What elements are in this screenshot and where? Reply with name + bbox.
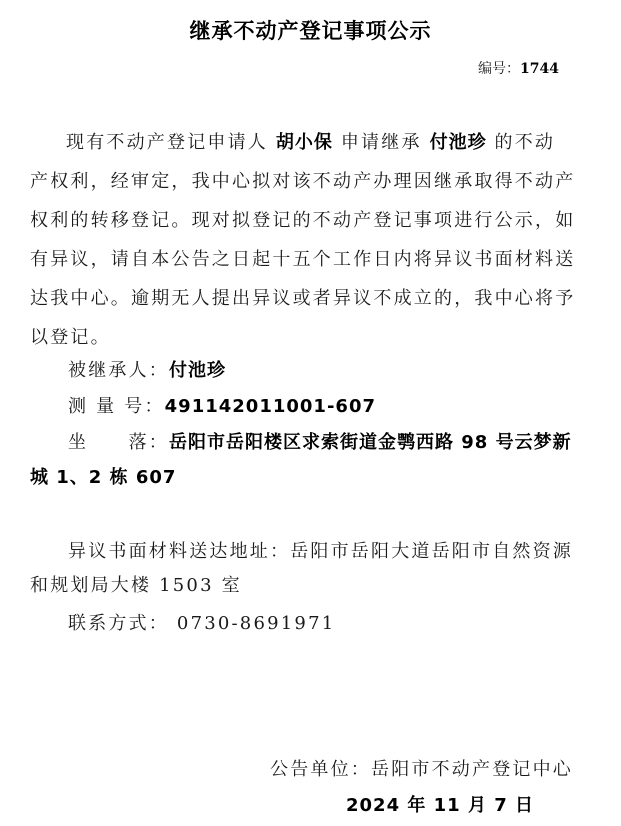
paragraph-line-2: 产权利，经审定，我中心拟对该不动产办理因继承取得不动产 [30, 167, 575, 193]
field-label: 测 量 号： [68, 396, 165, 417]
issue-date: 2024 年 11 月 7 日 [346, 791, 534, 817]
field-label: 坐 落： [68, 432, 169, 453]
paragraph-line-6: 以登记。 [30, 323, 111, 349]
number-value: 1744 [520, 61, 559, 77]
objection-address-line-1: 异议书面材料送达地址：岳阳市岳阳大道岳阳市自然资源 [68, 537, 573, 563]
decedent-name: 付池珍 [430, 132, 487, 153]
field-value: 491142011001-607 [165, 396, 376, 417]
objection-address-line-2: 和规划局大楼 1503 室 [30, 571, 242, 597]
location-field: 坐 落：岳阳市岳阳楼区求索街道金鹗西路 98 号云梦新 [68, 428, 572, 454]
applicant-name: 胡小保 [276, 132, 333, 153]
page-title: 继承不动产登记事项公示 [0, 15, 621, 45]
text: 申请继承 [341, 132, 422, 153]
paragraph-line-5: 达我中心。逾期无人提出异议或者异议不成立的，我中心将予 [30, 284, 575, 310]
paragraph-line-3: 权利的转移登记。现对拟登记的不动产登记事项进行公示，如 [30, 206, 575, 232]
document-number: 编号：1744 [478, 58, 559, 78]
issuer: 公告单位：岳阳市不动产登记中心 [270, 755, 573, 781]
location-field-cont: 城 1、2 栋 607 [30, 463, 176, 489]
paragraph-line-4: 有异议，请自本公告之日起十五个工作日内将异议书面材料送 [30, 245, 575, 271]
field-label: 被继承人： [68, 360, 169, 381]
text: 现有不动产登记申请人 [66, 132, 268, 153]
text: 的不动 [495, 132, 556, 153]
number-label: 编号： [478, 61, 520, 77]
survey-field: 测 量 号：491142011001-607 [68, 392, 376, 418]
contact-info: 联系方式： 0730-8691971 [68, 609, 335, 635]
paragraph-line-1: 现有不动产登记申请人 胡小保 申请继承 付池珍 的不动 [66, 128, 555, 154]
field-value: 岳阳市岳阳楼区求索街道金鹗西路 98 号云梦新 [169, 432, 572, 453]
field-value: 付池珍 [169, 360, 226, 381]
decedent-field: 被继承人：付池珍 [68, 356, 226, 382]
